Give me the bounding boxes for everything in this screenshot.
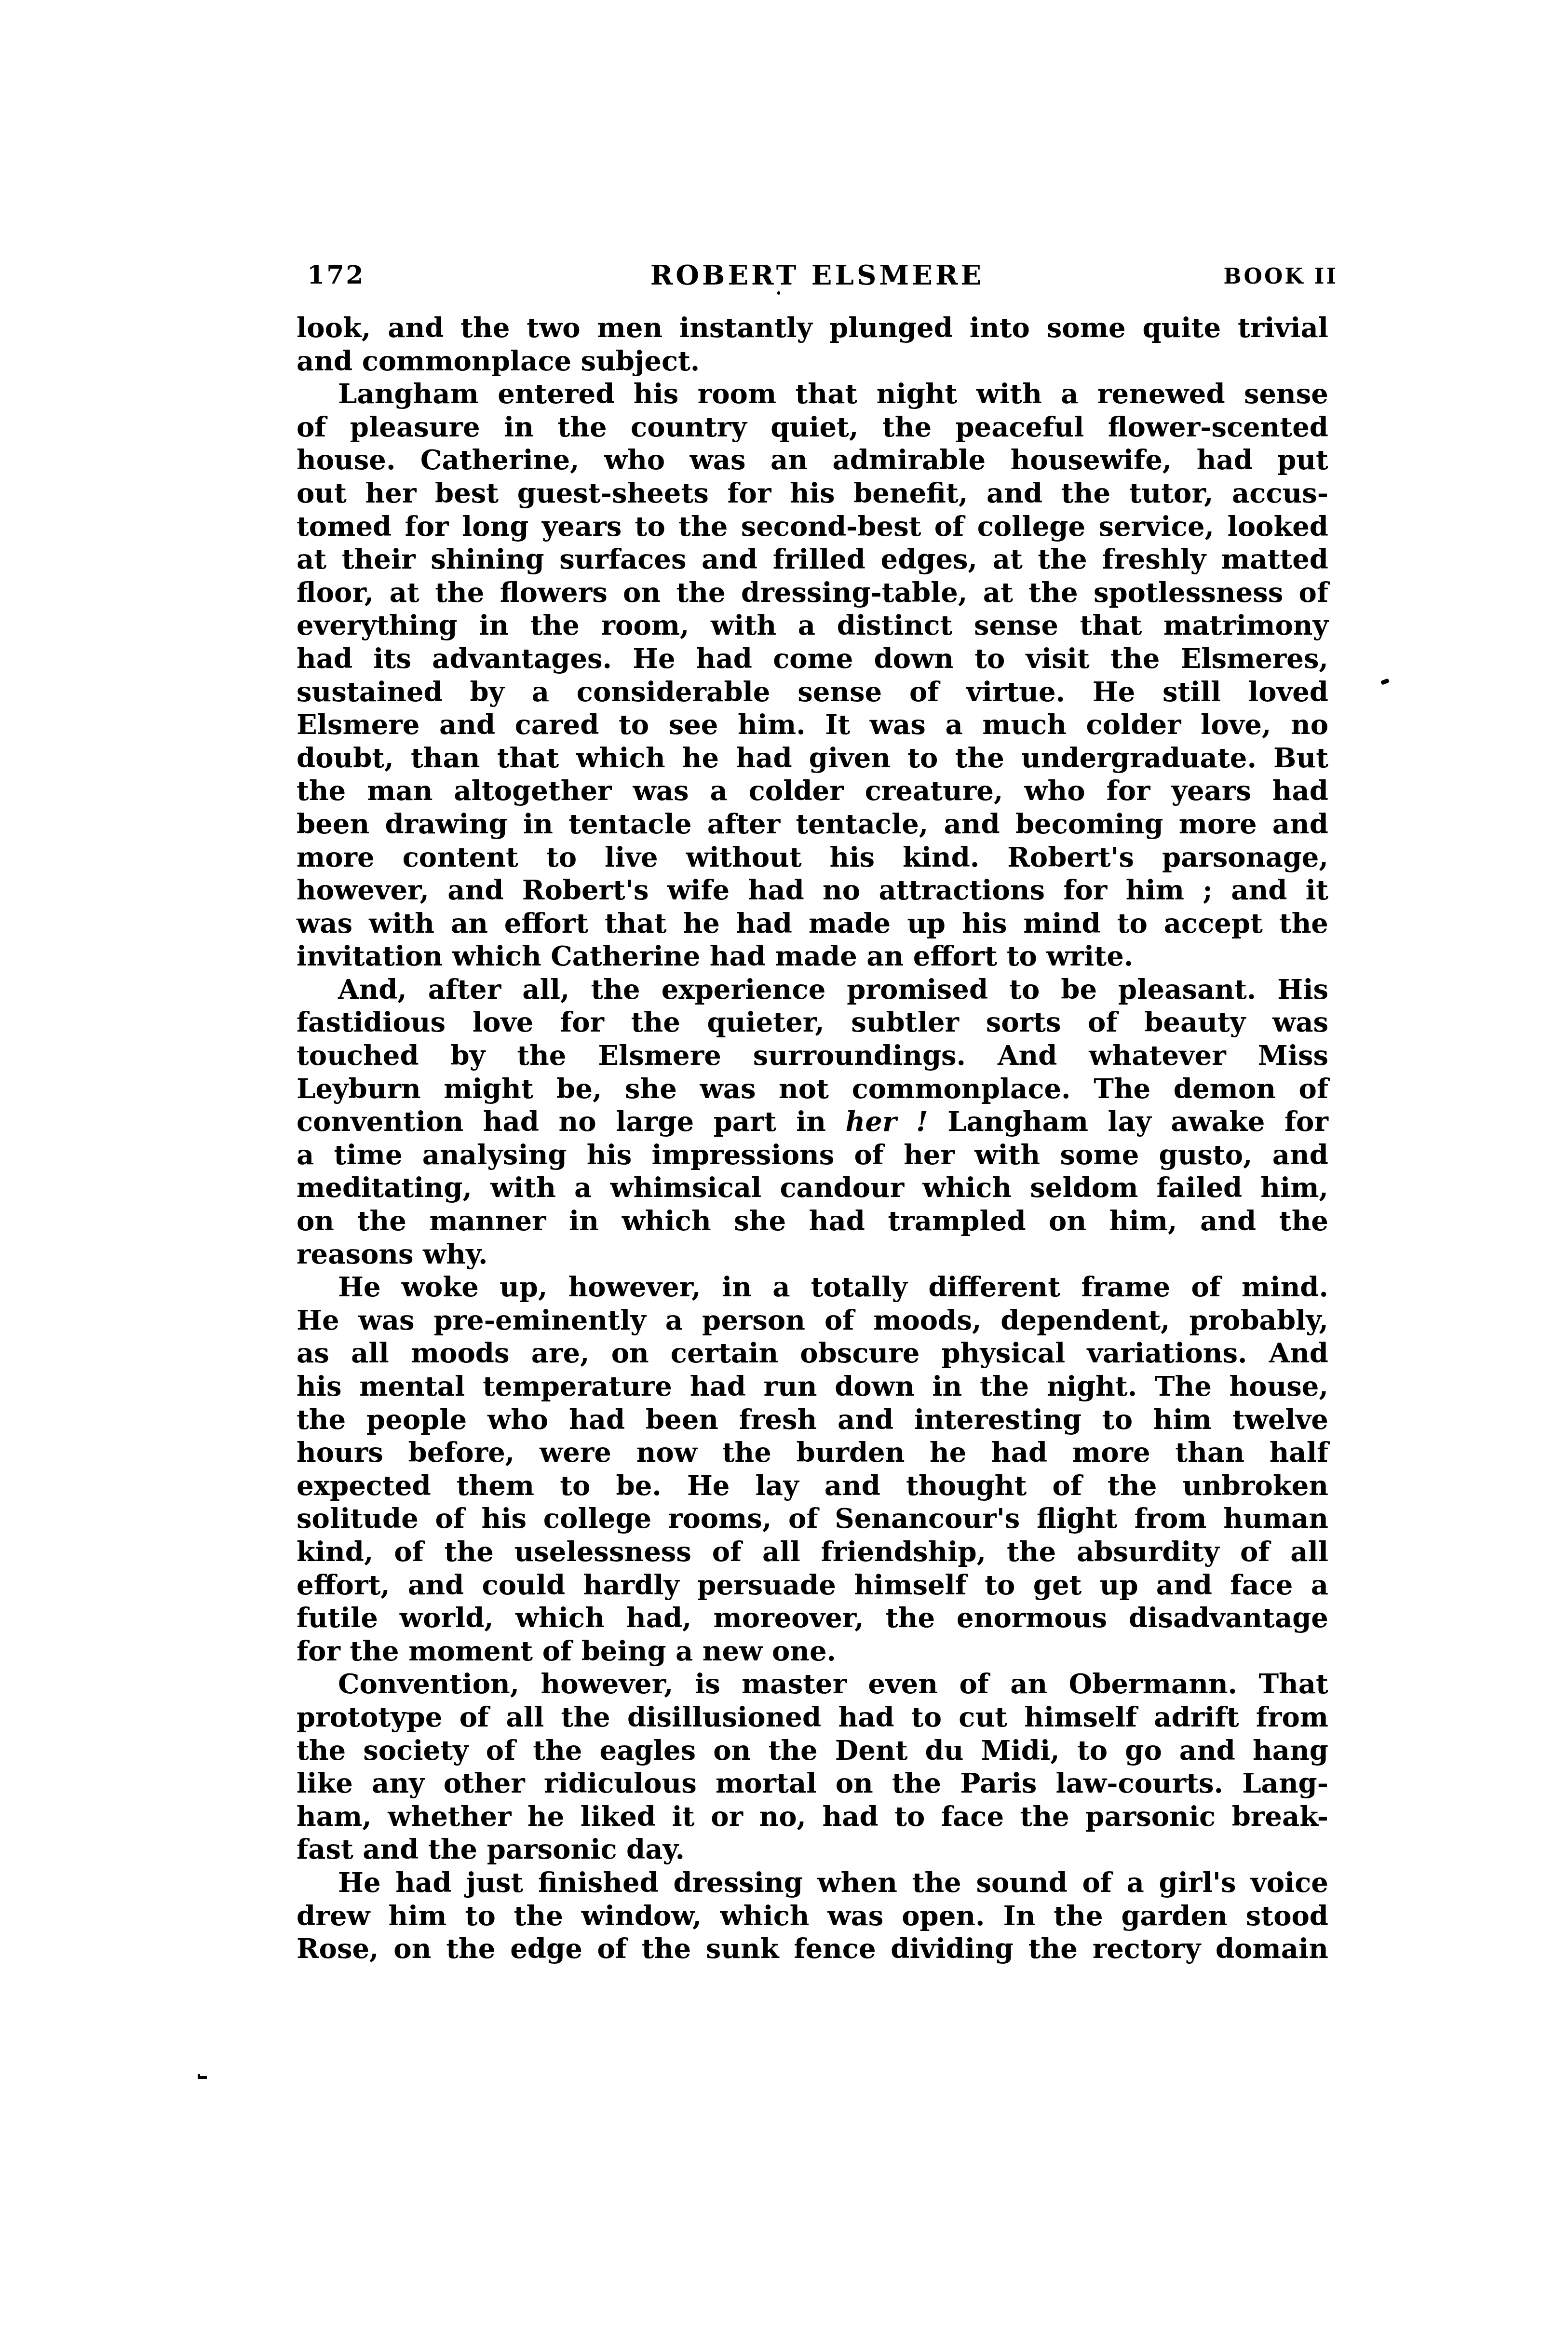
text-line: drew him to the window, which was open. … bbox=[297, 1900, 1328, 1933]
text-line: at their shining surfaces and frilled ed… bbox=[297, 543, 1328, 576]
text-line: fast and the parsonic day. bbox=[297, 1833, 1328, 1866]
text-line: touched by the Elsmere surroundings. And… bbox=[297, 1039, 1328, 1073]
scan-speck-artifact bbox=[777, 291, 780, 295]
text-line: like any other ridiculous mortal on the … bbox=[297, 1767, 1328, 1800]
text-line: ham, whether he liked it or no, had to f… bbox=[297, 1800, 1328, 1834]
text-line: on the manner in which she had trampled … bbox=[297, 1205, 1328, 1238]
text-line: doubt, than that which he had given to t… bbox=[297, 742, 1328, 775]
text-line: prototype of all the disillusioned had t… bbox=[297, 1701, 1328, 1734]
text-line: been drawing in tentacle after tentacle,… bbox=[297, 808, 1328, 841]
text-line: a time analysing his impressions of her … bbox=[297, 1139, 1328, 1172]
text-line: out her best guest-sheets for his benefi… bbox=[297, 477, 1328, 510]
text-line: futile world, which had, moreover, the e… bbox=[297, 1602, 1328, 1635]
text-line: look, and the two men instantly plunged … bbox=[297, 312, 1328, 345]
text-line: meditating, with a whimsical candour whi… bbox=[297, 1171, 1328, 1205]
scan-ink-mark-artifact bbox=[198, 2074, 207, 2079]
text-line: He was pre-eminently a person of moods, … bbox=[297, 1304, 1328, 1337]
text-line: however, and Robert's wife had no attrac… bbox=[297, 874, 1328, 907]
text-line: Rose, on the edge of the sunk fence divi… bbox=[297, 1932, 1328, 1966]
running-head: 172 ROBERT ELSMERE BOOK II bbox=[297, 259, 1338, 293]
text-line: And, after all, the experience promised … bbox=[297, 973, 1328, 1006]
text-line: Langham entered his room that night with… bbox=[297, 378, 1328, 411]
text-line: hours before, were now the burden he had… bbox=[297, 1436, 1328, 1469]
book-label: BOOK II bbox=[1224, 264, 1338, 289]
text-line: his mental temperature had run down in t… bbox=[297, 1370, 1328, 1403]
page-text: look, and the two men instantly plunged … bbox=[297, 312, 1328, 1966]
text-line: convention had no large part in her ! La… bbox=[297, 1105, 1328, 1139]
text-line: more content to live without his kind. R… bbox=[297, 841, 1328, 874]
text-line: was with an effort that he had made up h… bbox=[297, 907, 1328, 940]
text-line: house. Catherine, who was an admirable h… bbox=[297, 444, 1328, 477]
text-line: expected them to be. He lay and thought … bbox=[297, 1469, 1328, 1503]
page-number: 172 bbox=[307, 260, 365, 290]
text-line: He woke up, however, in a totally differ… bbox=[297, 1271, 1328, 1304]
text-line: the people who had been fresh and intere… bbox=[297, 1403, 1328, 1437]
text-line: Elsmere and cared to see him. It was a m… bbox=[297, 708, 1328, 742]
text-line: the man altogether was a colder creature… bbox=[297, 775, 1328, 808]
text-line: for the moment of being a new one. bbox=[297, 1635, 1328, 1668]
text-line: Convention, however, is master even of a… bbox=[297, 1668, 1328, 1701]
running-title: ROBERT ELSMERE bbox=[650, 259, 984, 291]
book-page: 172 ROBERT ELSMERE BOOK II look, and the… bbox=[0, 0, 1568, 2352]
text-line: of pleasure in the country quiet, the pe… bbox=[297, 411, 1328, 444]
scan-tick-artifact bbox=[1380, 678, 1390, 685]
text-line: sustained by a considerable sense of vir… bbox=[297, 676, 1328, 709]
text-line: everything in the room, with a distinct … bbox=[297, 609, 1328, 642]
text-line: and commonplace subject. bbox=[297, 345, 1328, 378]
text-line: effort, and could hardly persuade himsel… bbox=[297, 1569, 1328, 1602]
text-line: floor, at the flowers on the dressing-ta… bbox=[297, 576, 1328, 610]
text-line: invitation which Catherine had made an e… bbox=[297, 940, 1328, 973]
text-line: as all moods are, on certain obscure phy… bbox=[297, 1337, 1328, 1370]
text-line: kind, of the uselessness of all friendsh… bbox=[297, 1536, 1328, 1569]
text-line: tomed for long years to the second-best … bbox=[297, 510, 1328, 544]
text-line: fastidious love for the quieter, subtler… bbox=[297, 1006, 1328, 1039]
text-line: the society of the eagles on the Dent du… bbox=[297, 1734, 1328, 1767]
text-line: He had just finished dressing when the s… bbox=[297, 1866, 1328, 1900]
text-line: solitude of his college rooms, of Senanc… bbox=[297, 1502, 1328, 1536]
text-line: had its advantages. He had come down to … bbox=[297, 642, 1328, 676]
text-line: reasons why. bbox=[297, 1238, 1328, 1271]
text-line: Leyburn might be, she was not commonplac… bbox=[297, 1073, 1328, 1106]
